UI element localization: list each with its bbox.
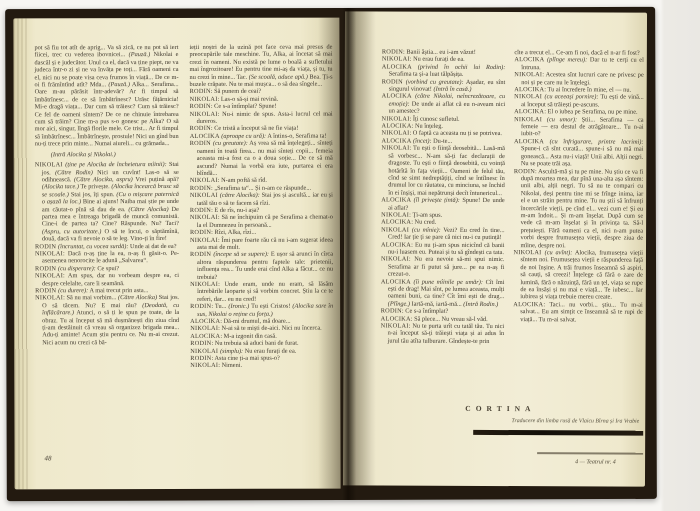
dialogue-text: : Dacă n-aș ține la ea, n-aș fi găsit-o.…	[42, 250, 179, 265]
stage-direction: (vorbind cu greutate):	[406, 78, 464, 85]
stage-direction: (Către Alocika)	[118, 294, 157, 301]
heavy-rule	[473, 430, 643, 436]
speaker-name: RODIN	[190, 355, 211, 362]
speaker-name: NIKOLAI	[190, 281, 218, 288]
speaker-name: ALOCIKA	[382, 93, 415, 100]
speaker-name: ALOCIKA	[514, 56, 547, 63]
stage-direction: (simplu):	[220, 347, 243, 354]
stage-direction: (încet):	[413, 138, 432, 145]
dialogue-paragraph: ALOCIKA (privind în ochii lui Rodin): Se…	[382, 63, 506, 78]
stage-direction: (Ironic.)	[228, 303, 249, 310]
dialogue-paragraph: NIKOLAI: Nu era nevoie să-mi spui nimic.…	[381, 256, 505, 279]
speaker-name: ALOCIKA	[381, 278, 414, 285]
stage-direction: (Plînge.)	[388, 300, 410, 307]
dialogue-text: : E de rîs, nu-i așa?	[211, 207, 259, 214]
dialogue-paragraph: pot să fiu tot atît de aprig... Va să zi…	[34, 44, 178, 148]
dialogue-text: : Dă-mi drumul, mă doare...	[220, 318, 290, 325]
dialogue-text: : Îmi pare foarte rău că nu i-am sugerat…	[197, 236, 333, 251]
speaker-name: NIKOLAI	[381, 256, 409, 263]
stage-direction: (Aspru, cu autoritate.)	[42, 228, 101, 235]
dialogue-text: : Banii ăștia... eu i-am văzut!	[403, 49, 476, 56]
dialogue-text: : Ce tristă a început să ne fie viața!	[211, 125, 298, 132]
dialogue-text: Du-te...	[432, 138, 453, 145]
dialogue-paragraph: NIKOLAI: Nu te purta urît cu tatăl tău. …	[381, 323, 505, 346]
speaker-name: RODIN	[514, 168, 535, 175]
stage-direction: (Pauză.)	[108, 81, 130, 88]
dialogue-text: : Las-o să-și mai revină.	[218, 96, 279, 103]
dialogue-text: A mai trecut prin asta...	[88, 287, 148, 294]
dialogue-text: : „Serafima ta“... Și n-am ce răspunde..…	[211, 184, 311, 191]
dialogue-text: : N-am poftă să rîd.	[218, 177, 267, 184]
dialogue-paragraph: RODIN (începe să se supere): E ușor să a…	[190, 251, 333, 281]
speaker-name: RODIN	[190, 340, 211, 347]
dialogue-paragraph: NIKOLAI (cu avînt): Alocika, frumusețea …	[513, 249, 643, 301]
stage-direction: (Către Alocika)	[128, 206, 168, 213]
dialogue-paragraph: RODIN: Ascultă-mă și tu pe mine. Nu știu…	[514, 168, 644, 250]
dialogue-text: : Nu trebuia să aduci bani de furat.	[211, 340, 298, 347]
speaker-name: NIKOLAI	[190, 96, 218, 103]
stage-direction: (Intră Rodin.)	[463, 301, 498, 308]
left-page: pot să fiu tot atît de aprig... Va să zi…	[13, 18, 340, 490]
speaker-name: RODIN	[35, 243, 58, 250]
stage-direction: (Către Rodin)	[55, 169, 93, 176]
cortina-heading: CORTINA	[465, 404, 535, 413]
speaker-name: ALOCIKA	[381, 315, 411, 322]
stage-direction: (încruntat, cu vocea surdă):	[58, 243, 128, 250]
dialogue-text: cîte a trecut el... Ce-am fi noi, dacă e…	[514, 49, 639, 57]
speaker-name: ALOCIKA	[381, 241, 411, 248]
stage-direction: (cu durere):	[58, 287, 88, 294]
dialogue-paragraph: ALOCIKA (îl privește țintă): Spune! De u…	[381, 197, 505, 212]
translator-credit: Traducere din limba rusă de Vlaicu Bîrna…	[409, 418, 639, 425]
right-page-footer: 4 — Teatrul nr. 4	[575, 459, 616, 465]
speaker-name: RODIN	[190, 103, 211, 110]
dialogue-text: Stai jos, îți spun.	[69, 191, 117, 198]
dialogue-text: Nu erau furați de ea.	[243, 347, 296, 354]
dialogue-text: : O faptă ca aceasta nu ți se potrivea.	[409, 130, 502, 137]
dialogue-text: : Ce s-a întîmplat? Spune!	[211, 103, 277, 110]
dialogue-paragraph: ALOCIKA: Eu nu ți-am spus nicicînd că ba…	[381, 241, 505, 256]
dialogue-text: : Îți cunosc sufletul.	[410, 115, 460, 122]
dialogue-text: : Ce s-a întîmplat?	[402, 308, 448, 315]
dialogue-paragraph: NIKOLAI: Dacă n-aș ține la ea, n-aș fi g…	[35, 250, 179, 265]
speaker-name: RODIN	[190, 251, 213, 258]
stage-direction: (ține pe Alocika de încheietura mîinii):	[65, 161, 166, 168]
speaker-name: NIKOLAI	[35, 295, 63, 302]
dialogue-text: Tu ești Cristos!	[249, 303, 292, 310]
left-page-column-2: ieții noștri de la uzină pot face ceva m…	[189, 44, 333, 370]
stage-direction: (cu greutate):	[213, 140, 248, 147]
stage-direction: (Se scoală, aduce apă.)	[249, 73, 308, 80]
dialogue-text: : M-a izgonit din casă.	[220, 333, 277, 340]
speaker-name: NIKOLAI	[381, 226, 412, 233]
speaker-name: NIKOLAI	[381, 211, 409, 218]
speaker-name: RODIN	[382, 49, 403, 56]
dialogue-text: : Unde eram, unde nu eram, să lăsăm într…	[197, 281, 333, 303]
dialogue-paragraph: NIKOLAI: Acestea sînt lucruri care ne pr…	[514, 71, 644, 86]
speaker-name: NIKOLAI	[190, 362, 218, 369]
dialogue-paragraph: NIKOLAI: Unde eram, unde nu eram, să lăs…	[190, 281, 333, 304]
dialogue-text: : Tu ai încredere în mine, el — nu.	[544, 86, 631, 93]
thin-rule	[537, 452, 643, 454]
speaker-name: RODIN	[190, 207, 211, 214]
speaker-name: RODIN	[190, 229, 211, 236]
speaker-name: NIKOLAI	[381, 130, 409, 137]
left-page-text-block: pot să fiu tot atît de aprig... Va să zi…	[34, 44, 333, 371]
speaker-name: NIKOLAI	[190, 348, 220, 355]
speaker-name: ALOCIKA	[190, 333, 220, 340]
dialogue-paragraph: RODIN: Tu... (Ironic.) Tu ești Cristos! …	[190, 303, 333, 318]
speaker-name: NIKOLAI	[35, 272, 63, 279]
dialogue-text: Serafima ta și-a luat tălpășița.	[389, 71, 464, 78]
speaker-name: NIKOLAI	[190, 177, 218, 184]
left-page-column-1: pot să fiu tot atît de aprig... Va să zi…	[34, 44, 179, 370]
dialogue-text: : El o iubea pe Serafima, nu pe mine.	[544, 108, 637, 115]
dialogue-text: : Nu înțeleg.	[412, 123, 443, 130]
dialogue-paragraph: NIKOLAI: Nimeni.	[190, 362, 333, 370]
dialogue-paragraph: ieții noștri de la uzină pot face ceva m…	[189, 44, 332, 89]
dialogue-text: Alocika, frumusețea vieții sîntem noi. F…	[520, 249, 643, 301]
dialogue-paragraph: NIKOLAI (ține pe Alocika de încheietura …	[35, 161, 179, 243]
right-page-column-2: cîte a trecut el... Ce-am fi noi, dacă e…	[513, 49, 644, 346]
speaker-name: ALOCIKA	[514, 138, 550, 145]
speaker-name: NIKOLAI	[381, 323, 409, 330]
speaker-name: ALOCIKA	[190, 318, 220, 325]
dialogue-text: : Să punem de ceai?	[211, 88, 261, 95]
stage-direction: (privind în ochii lui Rodin):	[418, 63, 506, 70]
speaker-name: RODIN	[35, 287, 58, 294]
speaker-name: NIKOLAI	[514, 94, 544, 101]
dialogue-text: : Rîzi, Alka, rîzi...	[211, 229, 256, 236]
speaker-name: RODIN	[190, 140, 213, 147]
dialogue-paragraph: NIKOLAI: Îmi pare foarte rău că nu i-am …	[190, 236, 333, 251]
speaker-name: ALOCIKA	[381, 137, 413, 144]
dialogue-text: Spune-i că sînt curată... spune-i să nu …	[521, 145, 644, 167]
speaker-name: RODIN	[381, 308, 402, 315]
dialogue-paragraph: NIKOLAI: Să ne închipuim că pe Serafima …	[190, 214, 333, 229]
dialogue-paragraph: ALOCIKA (îi pune mîinile pe umăr): Cît î…	[381, 278, 505, 308]
dialogue-text: : Asta cine ți-a mai spus-o?	[211, 355, 279, 362]
stage-direction: (Către Alocika, aspru)	[74, 176, 133, 183]
speaker-name: RODIN	[35, 265, 58, 272]
dialogue-paragraph: RODIN (cu greutate): Aș vrea să mă înțel…	[190, 140, 333, 177]
dialogue-text: Iartă-mă, iartă-mă...	[410, 300, 463, 307]
stage-direction: (cu avînt):	[545, 249, 573, 256]
dialogue-paragraph: NIKOLAI (cu aceeași pornire): Tu ești de…	[514, 94, 644, 109]
dialogue-text: : Nimeni.	[218, 362, 242, 369]
speaker-name: NIKOLAI	[35, 161, 66, 168]
stage-direction: (plînge mereu):	[547, 57, 587, 64]
stage-direction: (aproape cu ură):	[221, 133, 266, 140]
dialogue-paragraph: NIKOLAI (cu mînie): Vezi? Eu cred în tin…	[381, 226, 505, 241]
speaker-name: NIKOLAI	[381, 145, 409, 152]
stage-direction: (către Alocika):	[220, 192, 260, 199]
dialogue-paragraph: NIKOLAI (cu umor): Știi... Serafima — ca…	[514, 116, 644, 139]
dialogue-text: : Să ne închipuim că pe Serafima a chema…	[197, 214, 333, 229]
stage-direction: (îl privește țintă):	[414, 197, 460, 204]
dialogue-text: : Nu erau furați de ea.	[410, 56, 465, 63]
speaker-name: NIKOLAI	[382, 115, 410, 122]
dialogue-text: : Ascultă-mă și tu pe mine. Nu știu ce v…	[521, 168, 644, 249]
speaker-name: RODIN	[190, 185, 211, 192]
dialogue-paragraph: (Intră Alocika și Nikolai.)	[35, 151, 179, 159]
dialogue-text: A întins-o, Serafima ta!	[266, 132, 326, 139]
dialogue-paragraph: NIKOLAI: Să nu mai vorbim... (Către Aloc…	[35, 294, 179, 346]
speaker-name: ALOCIKA	[190, 133, 222, 140]
speaker-name: ALOCIKA	[381, 197, 413, 204]
speaker-name: RODIN	[190, 88, 211, 95]
stage-direction: (Alocika tace.)	[42, 184, 79, 191]
speaker-name: NIKOLAI	[514, 71, 542, 78]
dialogue-text: : Ți-am spus.	[409, 212, 442, 219]
stage-direction: (Pauză.)	[129, 51, 151, 58]
speaker-name: RODIN	[190, 125, 211, 132]
dialogue-text: : Nu cred.	[411, 219, 436, 226]
dialogue-text: : Să nu mai vorbim...	[63, 295, 118, 302]
speaker-name: NIKOLAI	[514, 116, 547, 123]
dialogue-text: : Nu-i nimic de spus. Asta-i lucrul cel …	[197, 110, 333, 125]
dialogue-text: Vrei puțină apă?	[133, 176, 179, 183]
stage-direction: (cu disperare):	[58, 265, 96, 272]
speaker-name: NIKOLAI	[513, 249, 544, 256]
dialogue-paragraph: NIKOLAI: Nu-i nimic de spus. Asta-i lucr…	[190, 110, 333, 125]
dialogue-text: Alka... Serafima... Oare m-au părăsit în…	[35, 81, 179, 148]
dialogue-paragraph: ALOCIKA (cu înfrigurare, printre lacrimi…	[514, 138, 644, 168]
dialogue-paragraph: NIKOLAI (către Alocika): Stai jos și asc…	[190, 192, 333, 207]
speaker-name: NIKOLAI	[190, 192, 220, 199]
right-page-text-block: RODIN: Banii ăștia... eu i-am văzut!NIKO…	[381, 49, 644, 346]
speaker-name: ALOCIKA	[382, 123, 412, 130]
dialogue-text: : Am spus, dar nu vorbeam despre ea, ci …	[42, 272, 179, 287]
dialogue-paragraph: RODIN (vorbind cu greutate): Așadar, eu …	[382, 78, 506, 93]
speaker-name: ALOCIKA	[514, 108, 544, 115]
speaker-name: NIKOLAI	[190, 236, 218, 243]
stage-direction: (începe să se supere):	[213, 251, 269, 258]
stage-direction: (Intră Alocika și Nikolai.)	[51, 151, 116, 158]
speaker-name: ALOCIKA	[514, 86, 544, 93]
speaker-name: ALOCIKA	[513, 301, 543, 308]
stage-direction: (cu umor):	[547, 116, 577, 123]
speaker-name: NIKOLAI	[190, 325, 218, 332]
speaker-name: ALOCIKA	[382, 63, 418, 70]
speaker-name: NIKOLAI	[190, 111, 218, 118]
right-page: RODIN: Banii ăștia... eu i-am văzut!NIKO…	[343, 11, 647, 486]
dialogue-text: Unde ai dat de ea?	[128, 243, 176, 250]
dialogue-text: : N-ai să te miști de-aici. Nici nu înce…	[218, 325, 322, 332]
dialogue-paragraph: ALOCIKA (către Nikolai, neîncrezătoare, …	[382, 93, 506, 116]
speaker-name: NIKOLAI	[35, 250, 63, 257]
right-page-column-1: RODIN: Banii ăștia... eu i-am văzut!NIKO…	[381, 49, 506, 346]
speaker-name: NIKOLAI	[382, 56, 410, 63]
dialogue-paragraph: ALOCIKA (plînge mereu): Dar tu te cerți …	[514, 56, 644, 71]
stage-direction: (cu înfrigurare, printre lacrimi):	[550, 138, 644, 145]
dialogue-text: : Tu ești o ființă deosebită... Lasă-mă …	[388, 145, 505, 197]
stage-direction: (Intră în casă.)	[433, 86, 471, 93]
speaker-name: ALOCIKA	[381, 219, 411, 226]
left-page-number: 48	[45, 454, 52, 462]
speaker-name: RODIN	[190, 303, 211, 310]
dialogue-paragraph: NIKOLAI: Am spus, dar nu vorbeam despre …	[35, 272, 179, 287]
stage-direction: (îi pune mîinile pe umăr):	[413, 278, 482, 285]
dialogue-paragraph: NIKOLAI: Tu ești o ființă deosebită... L…	[381, 145, 505, 197]
speaker-name: RODIN	[382, 78, 406, 85]
dialogue-text: Te privește.	[79, 183, 111, 190]
dialogue-text: : Să plece... Nu vreau să-l văd.	[411, 315, 488, 322]
dialogue-paragraph: ALOCIKA: Taci... nu vorbi... știu... Tu …	[513, 301, 643, 324]
stage-direction: (cu aceeași pornire):	[544, 94, 598, 101]
speaker-name: NIKOLAI	[190, 214, 218, 221]
dialogue-text: : Tu...	[211, 303, 228, 310]
dialogue-text: Ce spui?	[96, 265, 119, 272]
stage-direction: (cu mînie):	[412, 226, 441, 233]
